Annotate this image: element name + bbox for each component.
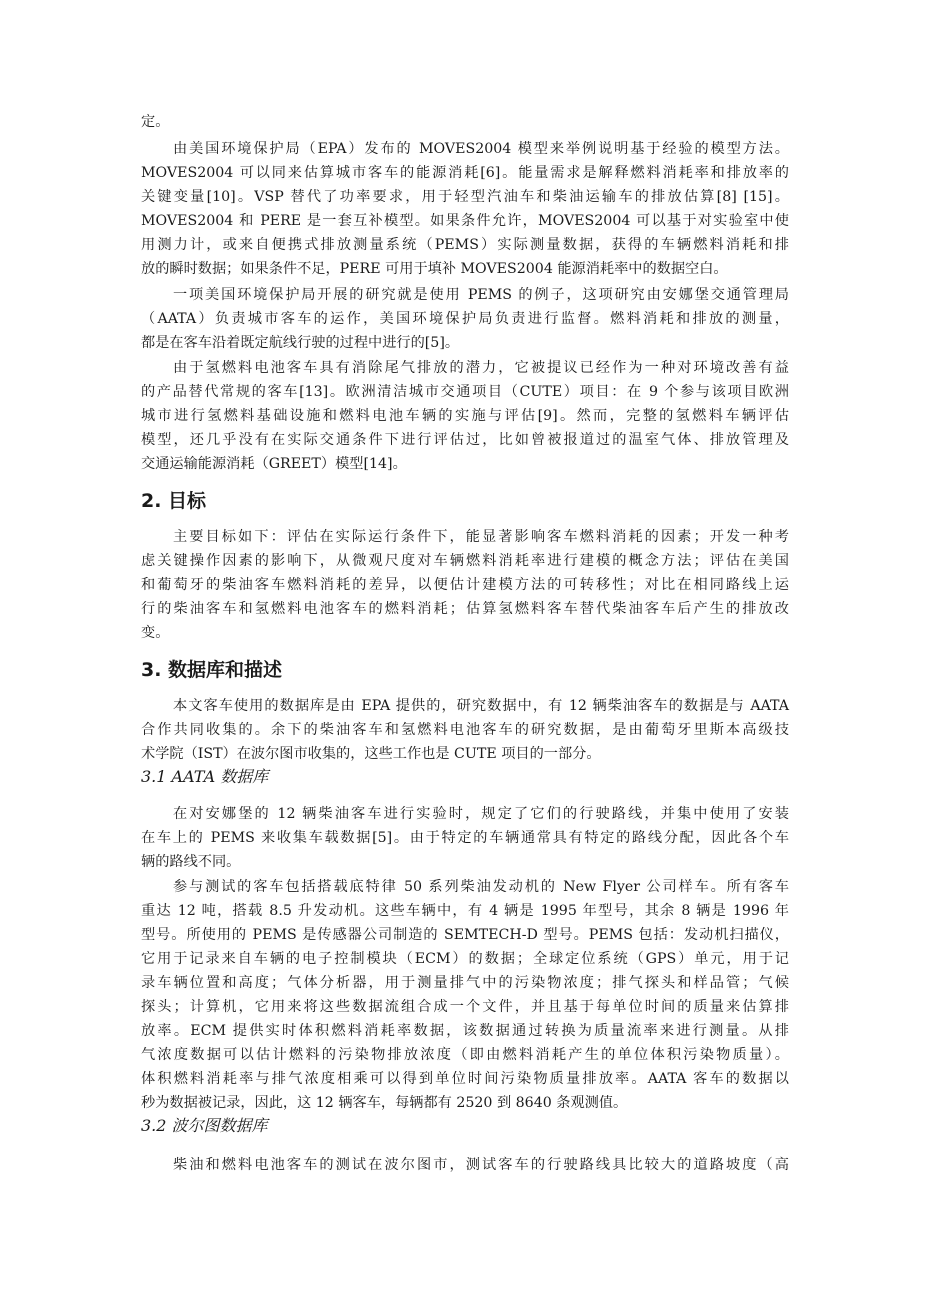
paragraph-line: 放的瞬时数据；如果条件不足，PERE 可用于填补 MOVES2004 能源消耗率… [141, 259, 728, 279]
paragraph-line: 合作共同收集的。余下的柴油客车和氢燃料电池客车的研究数据，是由葡萄牙里斯本高级技 [141, 720, 789, 740]
paragraph-line: MOVES2004 可以同来估算城市客车的能源消耗[6]。能量需求是解释燃料消耗… [141, 163, 789, 183]
paragraph-line: 在对安娜堡的 12 辆柴油客车进行实验时，规定了它们的行驶路线，并集中使用了安装 [173, 804, 789, 824]
subsection-heading-aata: 3.1 AATA 数据库 [141, 766, 268, 788]
paragraph-line: 秒为数据被记录，因此，这 12 辆客车，每辆都有 2520 到 8640 条观测… [141, 1093, 627, 1113]
paragraph-line: 在车上的 PEMS 来收集车载数据[5]。由于特定的车辆通常具有特定的路线分配，… [141, 828, 789, 848]
paragraph-line: 和葡萄牙的柴油客车燃料消耗的差异，以便估计建模方法的可转移性；对比在相同路线上运 [141, 575, 789, 595]
paragraph-line: 模型，还几乎没有在实际交通条件下进行评估过，比如曾被报道过的温室气体、排放管理及 [141, 430, 789, 450]
paragraph-line: 术学院（IST）在波尔图市收集的，这些工作也是 CUTE 项目的一部分。 [141, 744, 601, 764]
paragraph-line: 由于氢燃料电池客车具有消除尾气排放的潜力，它被提议已经作为一种对环境改善有益 [173, 358, 789, 378]
section-heading-database: 3. 数据库和描述 [141, 657, 282, 683]
paragraph-line: 由美国环境保护局（EPA）发布的 MOVES2004 模型来举例说明基于经验的模… [173, 139, 789, 159]
paragraph-line: （AATA）负责城市客车的运作，美国环境保护局负责进行监督。燃料消耗和排放的测量… [141, 309, 789, 329]
paragraph-line: 虑关键操作因素的影响下，从微观尺度对车辆燃料消耗率进行建模的概念方法；评估在美国 [141, 551, 789, 571]
paragraph-line: 辆的路线不同。 [141, 852, 240, 872]
paragraph-line: 一项美国环境保护局开展的研究就是使用 PEMS 的例子，这项研究由安娜堡交通管理… [173, 285, 789, 305]
subsection-heading-porto: 3.2 波尔图数据库 [141, 1115, 268, 1137]
paragraph-line: 变。 [141, 623, 169, 643]
paragraph-line: 气浓度数据可以估计燃料的污染物排放浓度（即由燃料消耗产生的单位体积污染物质量）。 [141, 1045, 789, 1065]
paragraph-line: 录车辆位置和高度；气体分析器，用于测量排气中的污染物浓度；排气探头和样品管；气候 [141, 973, 789, 993]
paragraph-line: 城市进行氢燃料基础设施和燃料电池车辆的实施与评估[9]。然而，完整的氢燃料车辆评… [141, 406, 789, 426]
section-heading-goals: 2. 目标 [141, 488, 206, 514]
paragraph-line: 用测力计，或来自便携式排放测量系统（PEMS）实际测量数据，获得的车辆燃料消耗和… [141, 235, 789, 255]
paragraph-line: 行的柴油客车和氢燃料电池客车的燃料消耗；估算氢燃料客车替代柴油客车后产生的排放改 [141, 599, 789, 619]
paragraph-line: 参与测试的客车包括搭载底特律 50 系列柴油发动机的 New Flyer 公司样… [173, 877, 789, 897]
paragraph-line: 都是在客车沿着既定航线行驶的过程中进行的[5]。 [141, 333, 459, 353]
paragraph-line: 探头；计算机，它用来将这些数据流组合成一个文件，并且基于每单位时间的质量来估算排 [141, 997, 789, 1017]
paragraph-line: 柴油和燃料电池客车的测试在波尔图市，测试客车的行驶路线具比较大的道路坡度（高 [173, 1155, 789, 1175]
paragraph-line: MOVES2004 和 PERE 是一套互补模型。如果条件允许，MOVES200… [141, 211, 789, 231]
paragraph-line: 关键变量[10]。VSP 替代了功率要求，用于轻型汽油车和柴油运输车的排放估算[… [141, 187, 789, 207]
paragraph-line: 重达 12 吨，搭载 8.5 升发动机。这些车辆中，有 4 辆是 1995 年型… [141, 901, 789, 921]
paragraph-line: 本文客车使用的数据库是由 EPA 提供的，研究数据中，有 12 辆柴油客车的数据… [173, 696, 789, 716]
paragraph-line: 交通运输能源消耗（GREET）模型[14]。 [141, 454, 407, 474]
paragraph-line: 定。 [141, 112, 169, 132]
paragraph-line: 主要目标如下：评估在实际运行条件下，能显著影响客车燃料消耗的因素；开发一种考 [173, 527, 789, 547]
paragraph-line: 放率。ECM 提供实时体积燃料消耗率数据，该数据通过转换为质量流率来进行测量。从… [141, 1021, 789, 1041]
paragraph-line: 体积燃料消耗率与排气浓度相乘可以得到单位时间污染物质量排放率。AATA 客车的数… [141, 1069, 789, 1089]
paragraph-line: 的产品替代常规的客车[13]。欧洲清洁城市交通项目（CUTE）项目：在 9 个参… [141, 382, 789, 402]
paragraph-line: 它用于记录来自车辆的电子控制模块（ECM）的数据；全球定位系统（GPS）单元，用… [141, 949, 789, 969]
paragraph-line: 型号。所使用的 PEMS 是传感器公司制造的 SEMTECH-D 型号。PEMS… [141, 925, 789, 945]
